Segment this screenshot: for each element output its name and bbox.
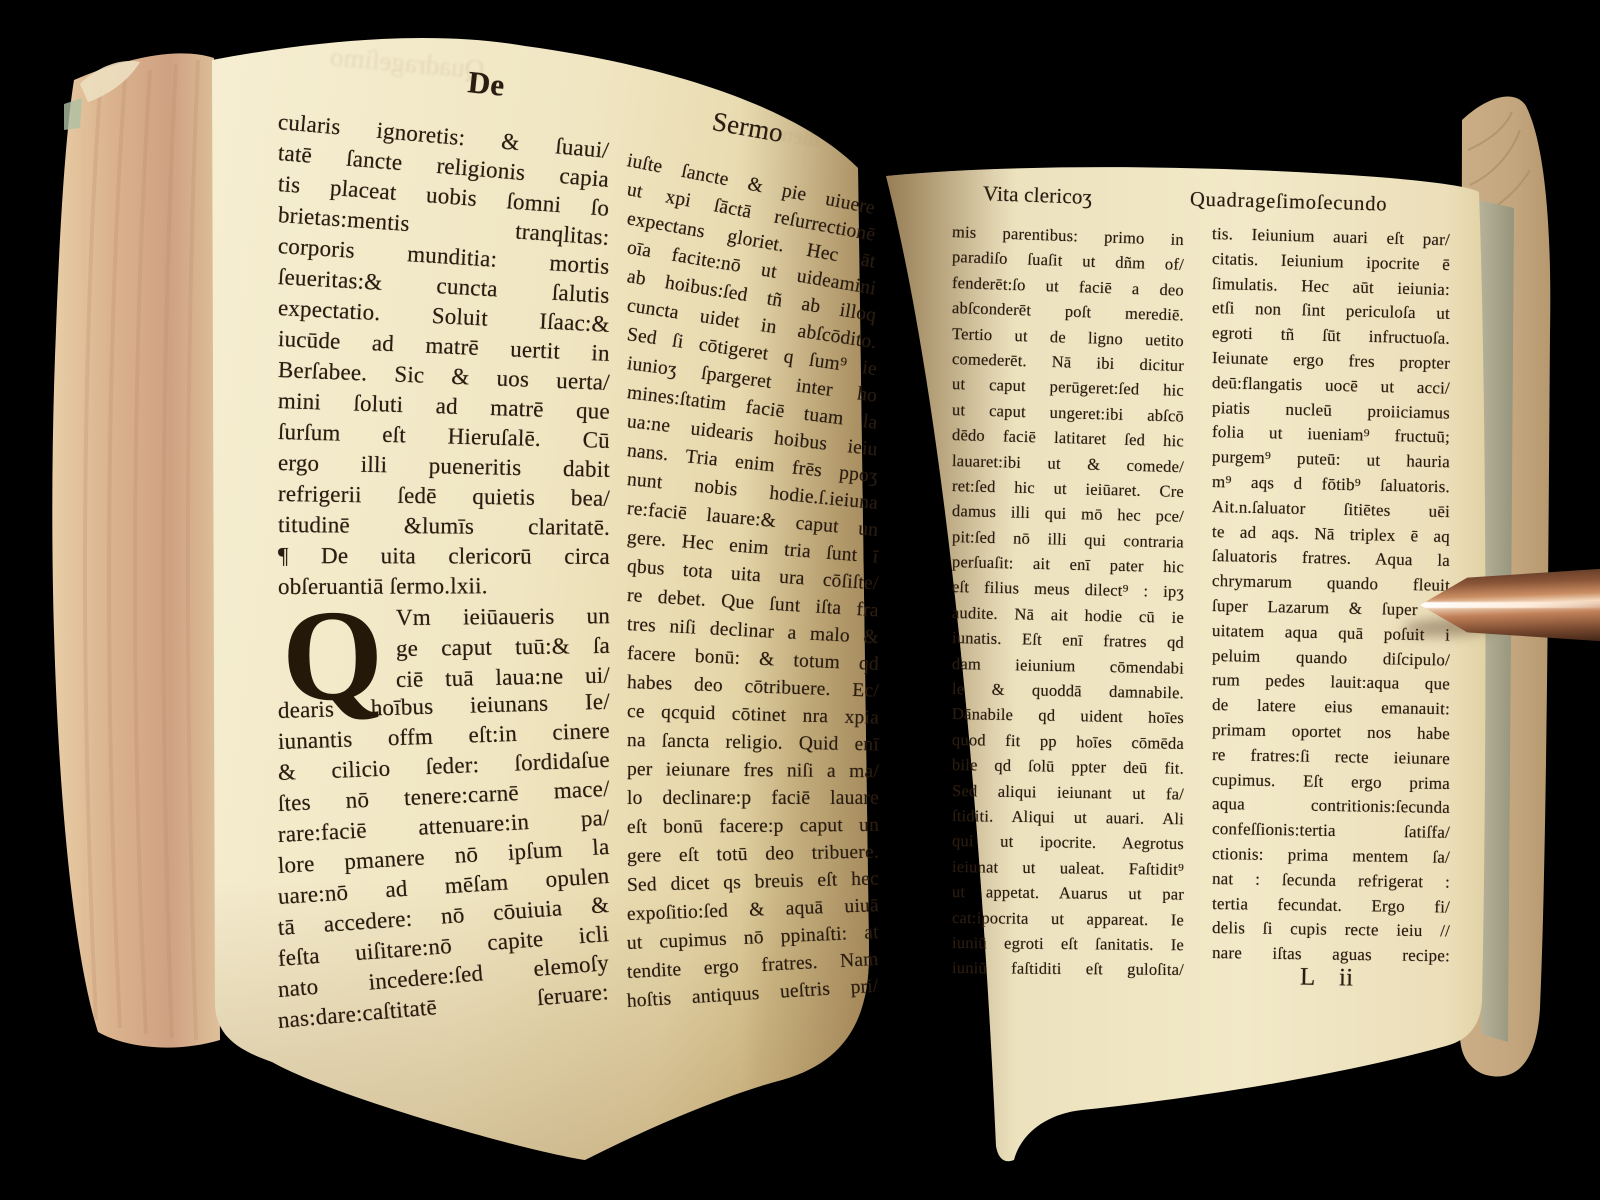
text-line: iuniū faſtiditi eſt guloſita/ bbox=[952, 955, 1184, 982]
pointer-highlight bbox=[1420, 602, 1600, 608]
drop-cap-initial-Q: Q bbox=[281, 605, 384, 708]
text-line: confeſſionis:tertia ſatiſfa/ bbox=[1212, 817, 1450, 846]
text-line: ieiunat ut ualeat. Faſtidit⁹ bbox=[952, 854, 1184, 882]
text-line: ge caput tuū:& ſa bbox=[396, 630, 610, 664]
text-line: ctionis: prima mentem ſa/ bbox=[1212, 842, 1450, 871]
right-page-column-2: tis. Ieiunium auari eſt par/citatis. Iei… bbox=[1212, 222, 1450, 966]
text-line: cat:ipocrita ut appareat. Ie bbox=[952, 905, 1184, 933]
text-line: re fratres:ſi recte ieiunare bbox=[1212, 743, 1450, 772]
text-line: lo declinare:p faciē lauare bbox=[627, 784, 879, 813]
text-line: ſtiditi. Aliqui ut auari. Ali bbox=[952, 803, 1184, 832]
left-page-column-2: iuſte ſancte & pie uiuereut xpi ſāctā re… bbox=[627, 146, 879, 1016]
text-line: per ieiunare fres niſi a ma/ bbox=[627, 755, 879, 786]
left-page-column-1: cularis ignoretis: & ſuaui/tatē ſancte r… bbox=[278, 106, 610, 1036]
running-head-vita-clericorum: Vita clericoʒ bbox=[983, 181, 1093, 210]
text-line: Sed aliqui ieiunant ut fa/ bbox=[952, 778, 1184, 807]
endpaper-speck bbox=[64, 98, 82, 130]
right-page-column-1: mis parentibus: primo inparadiſo ſuaſit … bbox=[952, 219, 1184, 981]
text-line: iuniū egroti eſt ſanitatis. Ie bbox=[952, 930, 1184, 958]
running-head-de: De bbox=[466, 64, 506, 104]
text-line: primam oportet nos habe bbox=[1212, 718, 1450, 747]
column-1-upper-text: cularis ignoretis: & ſuaui/tatē ſancte r… bbox=[278, 106, 610, 602]
signature-mark: L ii bbox=[1300, 964, 1354, 993]
text-line: delis ſi cupis recte ieiu // bbox=[1212, 916, 1450, 944]
photo-black-background: Quadrageſimo dien De Sermo Vita clericoʒ… bbox=[0, 0, 1600, 1200]
text-line: qui ut ipocrite. Aegrotus bbox=[952, 828, 1184, 856]
column-1-lower-text: dearis hoībus ieiunans Ie/iunantis offm … bbox=[278, 695, 610, 1036]
text-line: bile qd ſolū ppter deū fit. bbox=[952, 752, 1184, 781]
text-line: nat : ſecunda refrigerat : bbox=[1212, 867, 1450, 895]
text-line: Vm ieiūaueris un bbox=[396, 600, 610, 633]
text-line: ¶ De uita clericorū circa bbox=[278, 540, 610, 572]
text-line: Dānabile qd uident hoīes bbox=[952, 701, 1184, 731]
text-line: titudinē &lumīs claritatē. bbox=[278, 509, 610, 543]
text-line: ut appetat. Auarus ut par bbox=[952, 879, 1184, 907]
